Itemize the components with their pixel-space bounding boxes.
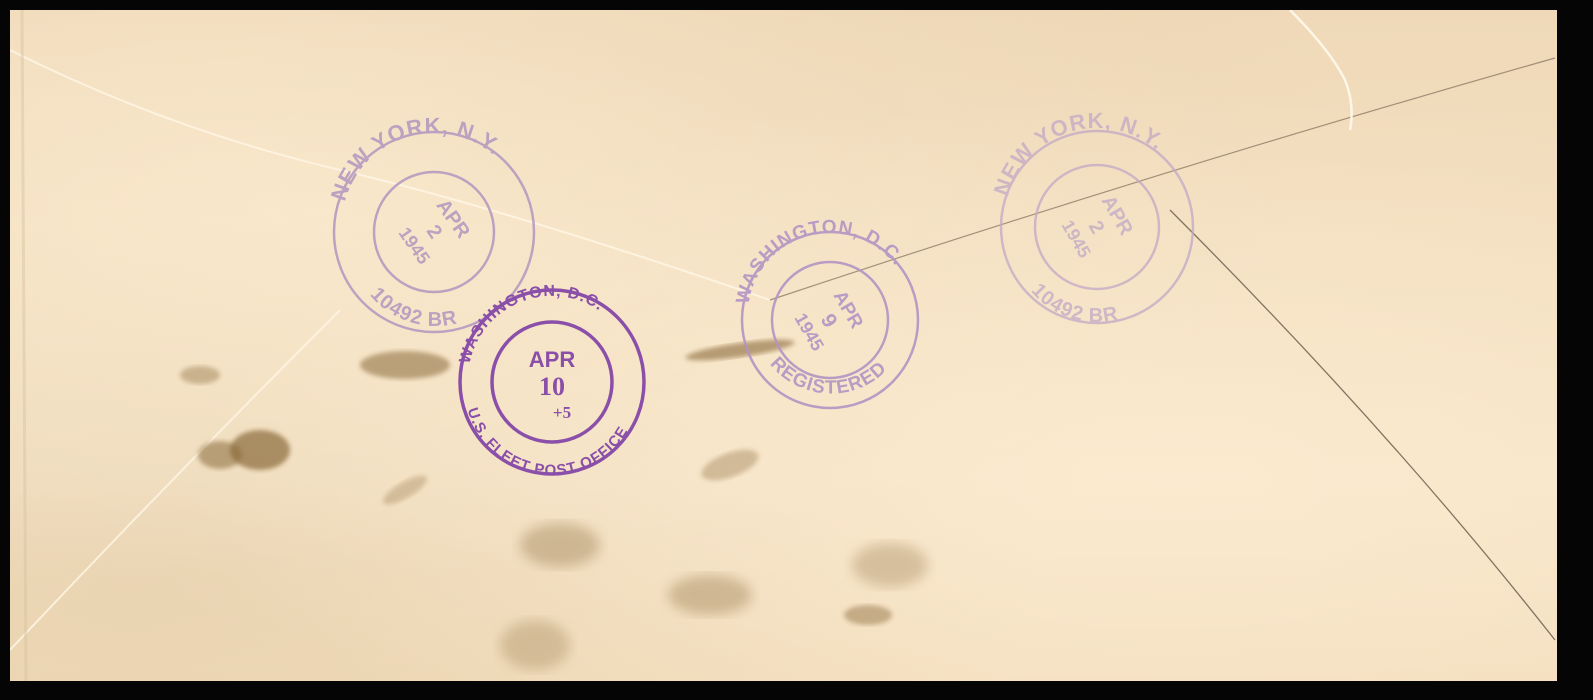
postmark-washington-registered: WASHINGTON, D.C. REGISTERED APR 9 1945	[733, 217, 918, 408]
postmark-new-york-right: NEW YORK, N.Y. 10492 BR APR 2 1945	[989, 108, 1193, 327]
postmark-washington-fleet: WASHINGTON, D.C. U.S. FLEET POST OFFICE …	[457, 283, 644, 479]
postmark-day: 2	[1084, 217, 1109, 238]
postmark-day: 10	[539, 372, 565, 401]
postmark-new-york-left: NEW YORK, N.Y. 10492 BR APR 2 1945	[326, 113, 534, 332]
envelope-back: NEW YORK, N.Y. 10492 BR APR 2 1945 WASHI…	[10, 10, 1557, 681]
postmark-extra: +5	[553, 403, 571, 422]
postmark-month: APR	[529, 347, 576, 372]
postmark-month: APR	[1097, 192, 1137, 240]
envelope-overlay: NEW YORK, N.Y. 10492 BR APR 2 1945 WASHI…	[10, 10, 1557, 681]
postmark-bottom-text: 10492 BR	[1027, 279, 1120, 327]
postmark-year: 1945	[1058, 217, 1095, 262]
black-frame: NEW YORK, N.Y. 10492 BR APR 2 1945 WASHI…	[0, 0, 1593, 700]
postmark-year: 1945	[791, 310, 828, 355]
postmark-day: 2	[422, 221, 446, 243]
svg-text:10492 BR: 10492 BR	[1027, 279, 1120, 327]
